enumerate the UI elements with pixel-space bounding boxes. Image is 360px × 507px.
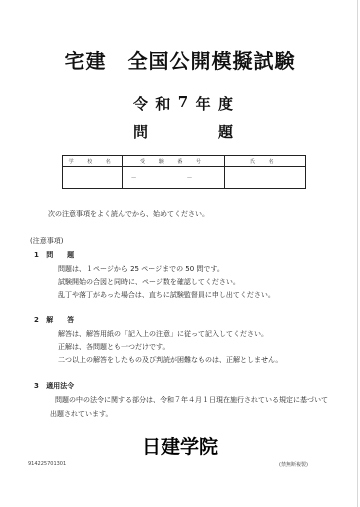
exam-number-field: － －: [123, 167, 224, 189]
section-2-heading: 2 解 答: [34, 315, 74, 325]
section-number: 2: [34, 316, 39, 324]
year-char: 年: [196, 93, 211, 114]
year-char: 度: [218, 93, 233, 114]
section-3-line: 出題されています。: [50, 409, 112, 419]
section-3-heading: 3 適用法令: [34, 381, 74, 391]
page-edge: [357, 0, 358, 507]
header-exam-number: 受 験 番 号: [123, 156, 224, 167]
section-title: 問 題: [46, 251, 74, 259]
section-number: 1: [34, 251, 39, 259]
intro-text: 次の注意事項をよく読んでから、始めてください。: [48, 209, 209, 219]
name-field: [224, 167, 305, 189]
section-1-line: 試験開始の合図と同時に、ページ数を確認してください。: [58, 277, 240, 287]
copyright-notice: (禁無断複製): [279, 461, 308, 468]
header-school-name: 学 校 名: [63, 156, 123, 167]
header-name: 氏 名: [224, 156, 305, 167]
section-title-char: 題: [218, 121, 233, 142]
section-title: 適用法令: [46, 382, 74, 390]
section-2-line: 正解は、各問題とも一つだけです。: [58, 342, 169, 352]
exam-year: 令 和 7 年 度: [133, 93, 233, 114]
section-3-line: 問題の中の法令に関する部分は、令和７年４月１日現在施行されている規定に基づいて: [55, 395, 328, 405]
section-1-line: 乱丁や落丁があった場合は、直ちに試験監督員に申し出てください。: [58, 290, 275, 300]
section-2-line: 二つ以上の解答をしたもの及び判読が困難なものは、正解としません。: [58, 355, 282, 365]
year-char: 7: [178, 93, 188, 114]
section-title-char: 問: [133, 121, 148, 142]
section-1-heading: 1 問 題: [34, 250, 74, 260]
year-char: 和: [155, 93, 170, 114]
school-name-field: [63, 167, 123, 189]
publisher-logo: 日建学院: [0, 432, 360, 459]
notes-heading: (注意事項): [30, 236, 63, 246]
section-title: 問 題: [133, 121, 233, 142]
year-char: 令: [133, 93, 148, 114]
section-number: 3: [34, 382, 39, 390]
examinee-info-table: 学 校 名 受 験 番 号 氏 名 － －: [62, 155, 306, 189]
document-code: 914225701301: [28, 461, 66, 467]
document-title: 宅建 全国公開模擬試験: [0, 45, 360, 74]
section-1-line: 問題は、１ページから 25 ページまでの 50 問です。: [58, 264, 224, 274]
section-2-line: 解答は、解答用紙の「記入上の注意」に従って記入してください。: [58, 329, 268, 339]
section-title: 解 答: [46, 316, 74, 324]
